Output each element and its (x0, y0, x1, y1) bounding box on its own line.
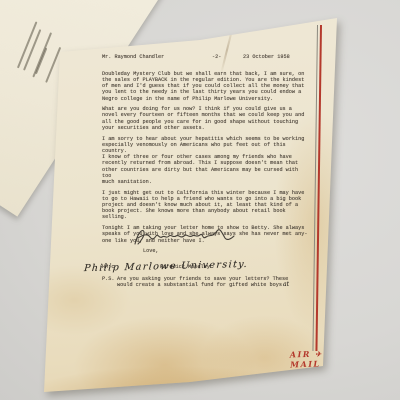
page-number: -2- (212, 54, 221, 60)
airmail-border-rules (312, 25, 323, 351)
airmail-word-mail: MAIL (290, 359, 322, 370)
closing-salutation: Love, (102, 248, 310, 254)
postscript: P.S. Are you asking your friends to save… (102, 276, 310, 288)
letter-paper: Mr. Raymond Chandler -2- 23 October 1958… (38, 12, 340, 396)
signature-script (132, 226, 237, 248)
airmail-marking: AIR ✈ MAIL (290, 349, 322, 369)
paragraph: What are you doing for us now? I think i… (102, 106, 310, 131)
airplane-icon: ✈ (315, 349, 321, 358)
handwritten-line: Philip Marlowe University. (84, 262, 249, 273)
paragraph: I am sorry to hear about your hepatitis … (102, 136, 310, 186)
paragraph: Doubleday Mystery Club but we shall earn… (102, 71, 310, 102)
letter-page: Mr. Raymond Chandler -2- 23 October 1958… (38, 12, 340, 396)
letter-body: Mr. Raymond Chandler -2- 23 October 1958… (102, 54, 310, 288)
ps-text: Are you asking your friends to save your… (117, 276, 289, 288)
recipient-name: Mr. Raymond Chandler (102, 54, 164, 60)
handwritten-insertion: at (283, 281, 289, 288)
letter-date: 23 October 1958 (243, 54, 290, 60)
photo-of-airmail-letter: Mr. Raymond Chandler -2- 23 October 1958… (0, 0, 400, 400)
ps-label: P.S. (102, 276, 117, 288)
ps-typed-text: Are you asking your friends to save your… (117, 276, 288, 288)
letter-header: Mr. Raymond Chandler -2- 23 October 1958 (102, 54, 310, 60)
paragraph: I just might get out to California this … (102, 190, 310, 221)
